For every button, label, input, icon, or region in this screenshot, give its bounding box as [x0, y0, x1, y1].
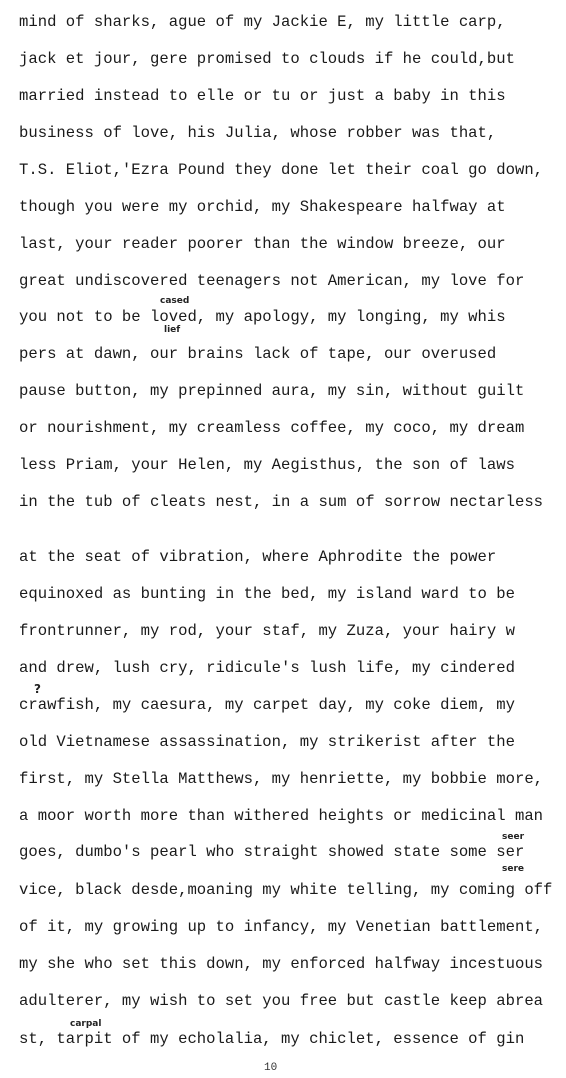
text-line: goes, dumbo's pearl who straight showed … — [19, 843, 524, 861]
text-line: or nourishment, my creamless coffee, my … — [19, 419, 524, 437]
text-line: of it, my growing up to infancy, my Vene… — [19, 918, 543, 936]
text-line: equinoxed as bunting in the bed, my isla… — [19, 585, 515, 603]
text-line: old Vietnamese assassination, my striker… — [19, 733, 515, 751]
text-line: in the tub of cleats nest, in a sum of s… — [19, 493, 543, 511]
text-line: and drew, lush cry, ridicule's lush life… — [19, 659, 515, 677]
text-line: married instead to elle or tu or just a … — [19, 87, 506, 105]
handwritten-annotation: sere — [502, 864, 524, 874]
text-line: crawfish, my caesura, my carpet day, my … — [19, 696, 515, 714]
text-line: great undiscovered teenagers not America… — [19, 272, 524, 290]
text-line: adulterer, my wish to set you free but c… — [19, 992, 543, 1010]
text-line: pause button, my prepinned aura, my sin,… — [19, 382, 524, 400]
text-line: last, your reader poorer than the window… — [19, 235, 506, 253]
handwritten-annotation: carpal — [70, 1019, 101, 1029]
text-line: frontrunner, my rod, your staf, my Zuza,… — [19, 622, 515, 640]
handwritten-annotation: cased — [160, 296, 189, 306]
text-line: my she who set this down, my enforced ha… — [19, 955, 543, 973]
text-line: first, my Stella Matthews, my henriette,… — [19, 770, 543, 788]
text-line: though you were my orchid, my Shakespear… — [19, 198, 506, 216]
page-number: 10 — [264, 1062, 277, 1074]
text-line: T.S. Eliot,'Ezra Pound they done let the… — [19, 161, 543, 179]
handwritten-annotation: lief — [164, 325, 180, 335]
text-line: mind of sharks, ague of my Jackie E, my … — [19, 13, 506, 31]
text-line: business of love, his Julia, whose robbe… — [19, 124, 496, 142]
text-line: pers at dawn, our brains lack of tape, o… — [19, 345, 496, 363]
text-line: a moor worth more than withered heights … — [19, 807, 543, 825]
handwritten-annotation: seer — [502, 832, 524, 842]
typewritten-page: mind of sharks, ague of my Jackie E, my … — [0, 0, 566, 1078]
handwritten-annotation: ? — [34, 684, 41, 694]
text-line: at the seat of vibration, where Aphrodit… — [19, 548, 496, 566]
text-line: vice, black desde,moaning my white telli… — [19, 881, 552, 899]
text-line: st, tarpit of my echolalia, my chiclet, … — [19, 1030, 524, 1048]
text-line: you not to be loved, my apology, my long… — [19, 308, 506, 326]
text-line: less Priam, your Helen, my Aegisthus, th… — [19, 456, 515, 474]
text-line: jack et jour, gere promised to clouds if… — [19, 50, 515, 68]
